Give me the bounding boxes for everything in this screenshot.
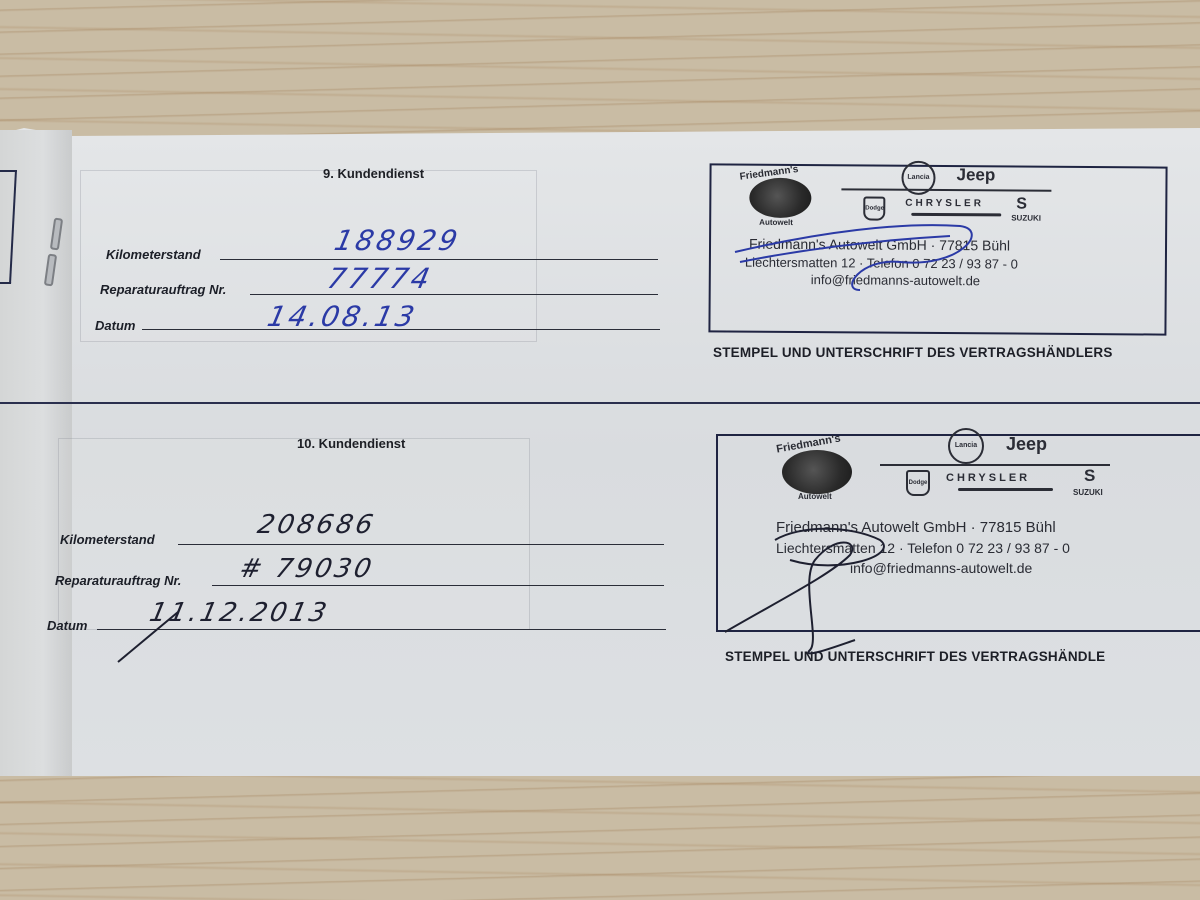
suzuki-logo-text: SUZUKI bbox=[1073, 488, 1103, 497]
label-datum-10: Datum bbox=[47, 618, 87, 633]
dealer-stamp-9: Friedmann's Autowelt Lancia Jeep Dodge C… bbox=[708, 163, 1167, 335]
logo-bottom-text: Autowelt bbox=[798, 492, 832, 501]
line-kilometerstand-9 bbox=[220, 259, 658, 260]
stamp-rule bbox=[841, 188, 1051, 191]
label-kilometerstand-9: Kilometerstand bbox=[106, 247, 201, 262]
email-line: info@friedmanns-autowelt.de bbox=[850, 560, 1032, 576]
jeep-logo-text: Jeep bbox=[1006, 434, 1047, 455]
value-datum-9: 14.08.13 bbox=[264, 300, 420, 333]
chrysler-logo-text: CHRYSLER bbox=[946, 472, 1030, 484]
label-reparaturauftrag-10: Reparaturauftrag Nr. bbox=[55, 573, 181, 588]
line-kilometerstand-10 bbox=[178, 544, 664, 545]
value-reparaturauftrag-9: 77774 bbox=[324, 262, 435, 295]
section-title-10: 10. Kundendienst bbox=[297, 436, 405, 451]
label-datum-9: Datum bbox=[95, 318, 135, 333]
value-kilometerstand-10: 208686 bbox=[255, 510, 379, 540]
line-reparaturauftrag-10 bbox=[212, 585, 664, 586]
value-kilometerstand-9: 188929 bbox=[331, 224, 463, 257]
email-line: info@friedmanns-autowelt.de bbox=[811, 272, 980, 288]
suzuki-logo-text: SUZUKI bbox=[1011, 214, 1041, 223]
label-kilometerstand-10: Kilometerstand bbox=[60, 532, 155, 547]
company-line: Friedmann's Autowelt GmbH · 77815 Bühl bbox=[749, 236, 1010, 254]
jeep-logo-text: Jeep bbox=[956, 165, 995, 185]
value-datum-10: 11.12.2013 bbox=[147, 598, 332, 628]
dealer-stamp-10: Friedmann's Autowelt Lancia Jeep Dodge C… bbox=[716, 434, 1200, 632]
section-title-9: 9. Kundendienst bbox=[323, 166, 424, 181]
stamp-caption-9: STEMPEL UND UNTERSCHRIFT DES VERTRAGSHÄN… bbox=[713, 345, 1113, 360]
address-line: Liechtersmatten 12 · Telefon 0 72 23 / 9… bbox=[745, 255, 1018, 272]
address-line: Liechtersmatten 12 · Telefon 0 72 23 / 9… bbox=[776, 540, 1070, 556]
suzuki-s-icon: S bbox=[1084, 466, 1095, 486]
logo-bottom-text: Autowelt bbox=[759, 218, 793, 227]
chrysler-wings-icon bbox=[911, 213, 1001, 217]
dodge-ram-logo-icon: Dodge bbox=[863, 196, 885, 220]
lancia-logo-icon: Lancia bbox=[948, 428, 984, 464]
line-datum-10 bbox=[97, 629, 666, 630]
value-reparaturauftrag-10: # 79030 bbox=[237, 554, 377, 584]
chrysler-wings-icon bbox=[958, 488, 1053, 491]
chrysler-logo-text: CHRYSLER bbox=[905, 198, 984, 210]
dodge-ram-logo-icon: Dodge bbox=[906, 470, 930, 496]
left-page-box-edge bbox=[0, 170, 17, 284]
label-reparaturauftrag-9: Reparaturauftrag Nr. bbox=[100, 282, 226, 297]
globe-logo-icon bbox=[782, 450, 852, 494]
stamp-rule bbox=[880, 464, 1110, 466]
section-divider bbox=[0, 402, 1200, 404]
globe-logo-icon bbox=[749, 178, 811, 218]
suzuki-s-icon: S bbox=[1016, 196, 1027, 214]
line-reparaturauftrag-9 bbox=[250, 294, 658, 295]
stamp-caption-10: STEMPEL UND UNTERSCHRIFT DES VERTRAGSHÄN… bbox=[725, 649, 1105, 664]
company-line: Friedmann's Autowelt GmbH · 77815 Bühl bbox=[776, 519, 1056, 536]
